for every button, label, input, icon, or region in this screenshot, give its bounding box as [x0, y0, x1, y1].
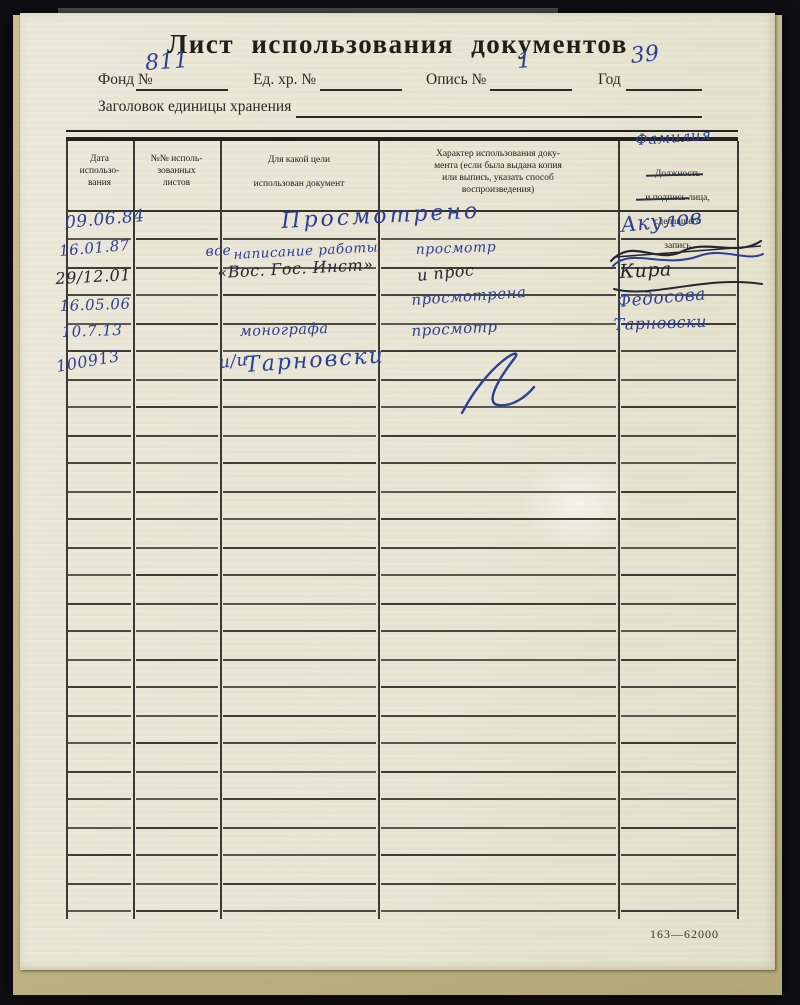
table-ruling-line: [621, 686, 736, 688]
table-ruling-line: [223, 379, 376, 381]
table-ruling-line: [621, 406, 736, 408]
table-ruling-line: [68, 379, 131, 381]
table-ruling-line: [223, 883, 376, 885]
signature-paraph: [440, 341, 555, 419]
table-ruling-line: [136, 910, 218, 912]
table-ruling-line: [223, 798, 376, 800]
table-ruling-line: [68, 771, 131, 773]
table-ruling-line: [68, 462, 131, 464]
god-underline: [626, 69, 702, 91]
table-ruling-line: [68, 491, 131, 493]
signature-flourish: [612, 271, 767, 299]
table-ruling-line: [621, 435, 736, 437]
table-ruling-line: [68, 547, 131, 549]
table-ruling-line: [136, 827, 218, 829]
scan-background: { "colors": { "paper": "#e9e6d4", "backi…: [0, 0, 800, 1005]
table-ruling-line: [223, 294, 376, 296]
col-header-sheets: №№ исполь- зованных листов: [133, 153, 220, 189]
entry-5-character: просмотр: [411, 318, 498, 340]
table-ruling-line: [136, 294, 218, 296]
table-ruling-line: [136, 238, 218, 240]
signature-scribble: [605, 231, 765, 273]
table-ruling-line: [136, 798, 218, 800]
table-ruling-line: [68, 574, 131, 576]
table-ruling-line: [381, 742, 616, 744]
table-ruling-line: [136, 462, 218, 464]
table-ruling-line: [136, 742, 218, 744]
scan-smudge: [518, 451, 638, 556]
table-ruling-line: [136, 854, 218, 856]
table-ruling-line: [381, 603, 616, 605]
table-ruling-line: [68, 630, 131, 632]
table-ruling-line: [136, 350, 218, 352]
table-ruling-line: [223, 910, 376, 912]
table-ruling-line: [381, 462, 616, 464]
table-ruling-line: [381, 574, 616, 576]
table-ruling-line: [223, 574, 376, 576]
table-ruling-line: [621, 715, 736, 717]
table-ruling-line: [223, 547, 376, 549]
zagolovok-label: Заголовок единицы хранения: [98, 98, 291, 116]
table-ruling-line: [381, 518, 616, 520]
table-ruling-line: [381, 435, 616, 437]
table-ruling-line: [223, 827, 376, 829]
entry-6-purpose: Тарновски: [244, 343, 385, 378]
table-ruling-line: [223, 715, 376, 717]
table-ruling-line: [223, 462, 376, 464]
table-ruling-line: [223, 854, 376, 856]
table-ruling-line: [621, 883, 736, 885]
table-ruling-line: [621, 742, 736, 744]
entry-1-purpose: Просмотрено: [281, 199, 481, 234]
table-ruling-line: [621, 771, 736, 773]
table-ruling-line: [223, 435, 376, 437]
table-ruling-line: [223, 491, 376, 493]
table-ruling-line: [621, 827, 736, 829]
entry-2-lists: все: [205, 243, 232, 260]
struck-word-dolzhnost: Должность: [655, 168, 700, 180]
col-header-date: Дата использо- вания: [66, 153, 133, 189]
table-ruling-line: [68, 883, 131, 885]
entry-3-date: 29/12.01: [55, 265, 131, 288]
table-ruling-line: [381, 686, 616, 688]
print-code: 163—62000: [650, 927, 719, 942]
page-title: Лист использования документов: [20, 29, 775, 60]
table-ruling-line: [68, 686, 131, 688]
table-ruling-line: [68, 603, 131, 605]
table-ruling-line: [381, 798, 616, 800]
table-ruling-line: [136, 883, 218, 885]
table-ruling-line: [621, 547, 736, 549]
entry-5-date: 10.7.13: [61, 321, 122, 341]
table-ruling-line: [68, 910, 131, 912]
god-value-handwritten: 39: [629, 41, 660, 69]
table-ruling-line: [621, 659, 736, 661]
table-vertical-line: [378, 141, 380, 919]
table-ruling-line: [68, 659, 131, 661]
table-ruling-line: [621, 910, 736, 912]
table-ruling-line: [621, 350, 736, 352]
table-ruling-line: [381, 238, 616, 240]
table-ruling-line: [381, 854, 616, 856]
col-header-purpose: Для какой цели использован документ: [220, 154, 378, 190]
table-ruling-line: [621, 491, 736, 493]
col-header-character: Характер использования доку- мента (если…: [378, 148, 618, 196]
entry-5-purpose: монографа: [239, 321, 328, 340]
table-ruling-line: [136, 406, 218, 408]
table-vertical-line: [133, 141, 135, 919]
table-ruling-line: [381, 659, 616, 661]
table-ruling-line: [136, 518, 218, 520]
table-ruling-line: [381, 715, 616, 717]
table-ruling-line: [136, 547, 218, 549]
table-ruling-line: [136, 686, 218, 688]
table-ruling-line: [223, 518, 376, 520]
table-ruling-line: [223, 659, 376, 661]
table-ruling-line: [136, 574, 218, 576]
table-ruling-line: [223, 603, 376, 605]
ed-hr-underline: [320, 69, 402, 91]
table-ruling-line: [68, 827, 131, 829]
table-ruling-line: [621, 462, 736, 464]
opis-value-handwritten: 1: [516, 48, 532, 74]
table-ruling-line: [621, 603, 736, 605]
table-ruling-line: [223, 771, 376, 773]
entry-4-character: просмотрена: [411, 283, 527, 309]
table-ruling-line: [381, 827, 616, 829]
table-ruling-line: [68, 518, 131, 520]
document-page: Лист использования документов Фонд № 811…: [20, 13, 775, 970]
table-ruling-line: [223, 742, 376, 744]
table-ruling-line: [381, 630, 616, 632]
table-ruling-line: [68, 435, 131, 437]
table-ruling-line: [136, 267, 218, 269]
opis-label: Опись №: [426, 71, 486, 89]
table-ruling-line: [223, 630, 376, 632]
table-ruling-line: [68, 406, 131, 408]
table-ruling-line: [136, 659, 218, 661]
table-ruling-line: [68, 798, 131, 800]
table-ruling-line: [136, 379, 218, 381]
table-ruling-line: [621, 854, 736, 856]
table-ruling-line: [223, 406, 376, 408]
table-ruling-line: [136, 323, 218, 325]
zagolovok-underline: [296, 96, 702, 118]
table-ruling-line: [136, 715, 218, 717]
table-ruling-line: [68, 715, 131, 717]
table-ruling-line: [381, 883, 616, 885]
table-ruling-line: [621, 518, 736, 520]
entry-3-character: и прос: [416, 260, 475, 285]
entry-5-signature: Тарновски: [613, 312, 707, 334]
table-ruling-line: [621, 379, 736, 381]
entry-4-date: 16.05.06: [59, 295, 130, 315]
table-ruling-line: [381, 910, 616, 912]
table-ruling-line: [621, 798, 736, 800]
table-ruling-line: [381, 771, 616, 773]
fond-value-handwritten: 811: [144, 48, 189, 76]
table-ruling-line: [68, 742, 131, 744]
table-ruling-line: [136, 603, 218, 605]
table-ruling-line: [621, 630, 736, 632]
struck-word-podpis: и подпись: [645, 192, 686, 204]
table-ruling-line: [223, 686, 376, 688]
handwritten-familia-note: Фамилия: [635, 126, 712, 149]
table-ruling-line: [381, 547, 616, 549]
entry-2-character: просмотр: [415, 239, 496, 258]
table-ruling-line: [621, 574, 736, 576]
table-ruling-line: [136, 491, 218, 493]
col-header-signature-rest: лица,: [686, 193, 710, 203]
table-ruling-line: [136, 771, 218, 773]
god-label: Год: [598, 71, 621, 89]
table-ruling-line: [68, 854, 131, 856]
entry-6-date: 100913: [55, 346, 121, 376]
table-ruling-line: [136, 435, 218, 437]
table-ruling-line: [136, 630, 218, 632]
ed-hr-label: Ед. хр. №: [253, 71, 316, 89]
table-ruling-line: [381, 491, 616, 493]
